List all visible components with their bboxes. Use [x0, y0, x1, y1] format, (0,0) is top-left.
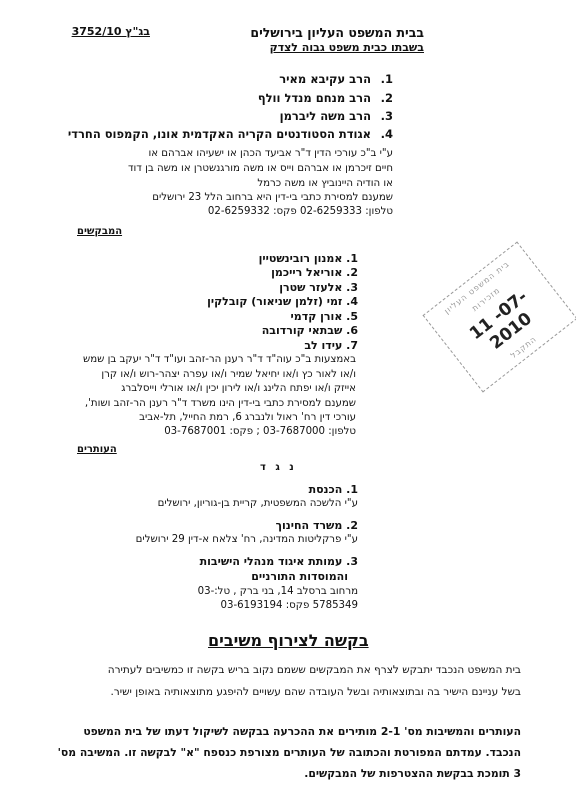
counsel2-line: טלפון: 03-7687000 ; פקס: 03-7687001	[164, 426, 356, 437]
counsel1-line: טלפון: 02-6259333 פקס: 02-6259332	[208, 206, 393, 217]
request-paragraph-1: בשל עניינם הישיר בה ובתוצאותיה ובשל העוב…	[110, 686, 521, 698]
petitioner-4: 4.אגודת הסטודנטים הקריה האקדמית אונו, הק…	[68, 127, 393, 141]
respondent-2-detail: ע"י פרקליטות המדינה, רח' צלאח א-דין 29 י…	[136, 534, 358, 545]
request-paragraph-2: הנכבד. עמדתם המפורטת והכתובה של העותרים …	[58, 746, 521, 759]
counsel1-line: ע"י ב"כ עורכי הדין ד"ר אביעד הכהן או ישע…	[148, 148, 393, 159]
court-document-page: בבית המשפט העליון בירושלים בשבתו כבית מש…	[0, 0, 576, 799]
versus-label: נ ג ד	[260, 462, 297, 473]
counsel2-line: שמענם למסירת כתבי בי-דין הינו משרד ד"ר ר…	[85, 398, 356, 409]
respondent-3-detail-cont: 5785349 פקס: 03-6193194	[220, 600, 358, 611]
applicant: 6. שבתאי קורדובה	[262, 324, 358, 337]
applicant: 5. אורן קדמי	[291, 310, 358, 323]
request-paragraph-2: 3 תומכת בבקשת ההצטרפות של המבקשים.	[304, 767, 521, 780]
applicant: 4. זמי (זלמן שניאור) קובלקין	[207, 295, 358, 308]
respondent-3-detail: מרחוב ברסלב 14, בני ברק , טל:-03	[198, 586, 358, 597]
respondent-1-detail: ע"י הלשכה המשפטית, קריית בן-גוריון, ירוש…	[158, 498, 358, 509]
applicant: 7. עידו לב	[304, 339, 358, 352]
applicant: 3. אלעזר שטרן	[279, 281, 358, 294]
request-paragraph-1: בית המשפט הנכבד יתבקש לצרף את המבקשים שש…	[108, 664, 521, 676]
respondent-2-name: 2. משרד החינוך	[276, 519, 358, 532]
counsel1-line: או הודיה היינוביץ או משה כרמל	[257, 178, 393, 189]
respondent-1-name: 1. הכנסת	[309, 483, 358, 496]
counsel2-line: אייזק ו/או יפתח הלינג ו/או לירון יכין ו/…	[121, 383, 356, 394]
petitioners-heading: העותרים	[77, 444, 117, 455]
court-received-stamp: בית המשפט העליון מזכירות 11 -07- 2010 הת…	[423, 241, 576, 392]
applicants-heading: המבקשים	[77, 226, 122, 237]
counsel2-line: ו/או לאור כץ ו/או יחיאל שמיר ו/או עפרה י…	[101, 369, 356, 380]
court-name: בבית המשפט העליון בירושלים	[250, 25, 424, 40]
petitioner-3: 3.הרב משה ליברמן	[280, 109, 393, 123]
request-paragraph-2: העותרים והמשיבות מס' 2-1 מותירים את ההכר…	[83, 725, 521, 738]
respondent-3-name: 3. עמותת איגוד מנהלי הישיבות	[200, 555, 358, 568]
counsel2-line: באמצעות ב"כ עוה"ד ד"ר רענן הר-זהב ועו"ד …	[83, 354, 356, 365]
case-number: בג"ץ 3752/10	[72, 25, 150, 38]
counsel2-line: עורכי דין רח' ראול ולנברג 6, רמת החייל, …	[139, 412, 356, 423]
request-title: בקשה לצירוף משיבים	[208, 631, 369, 650]
petitioner-2: 2.הרב מנחם מנדל וולף	[258, 91, 393, 105]
respondent-3-name-cont: והמוסדות התורניים	[251, 570, 348, 583]
applicant: 2. אוריאל רייכמן	[271, 266, 358, 279]
petitioner-1: 1.הרב עקיבא מאיר	[279, 72, 393, 86]
court-capacity: בשבתו כבית משפט גבוה לצדק	[270, 41, 424, 54]
counsel1-line: חיים זיכרמן או אברהם וייס או משה מורגנשט…	[128, 163, 393, 174]
counsel1-line: שמענם למסירת כתבי בי-דין היא ברחוב הלל 2…	[152, 192, 393, 203]
applicant: 1. אמנון רובינשטיין	[259, 252, 358, 265]
